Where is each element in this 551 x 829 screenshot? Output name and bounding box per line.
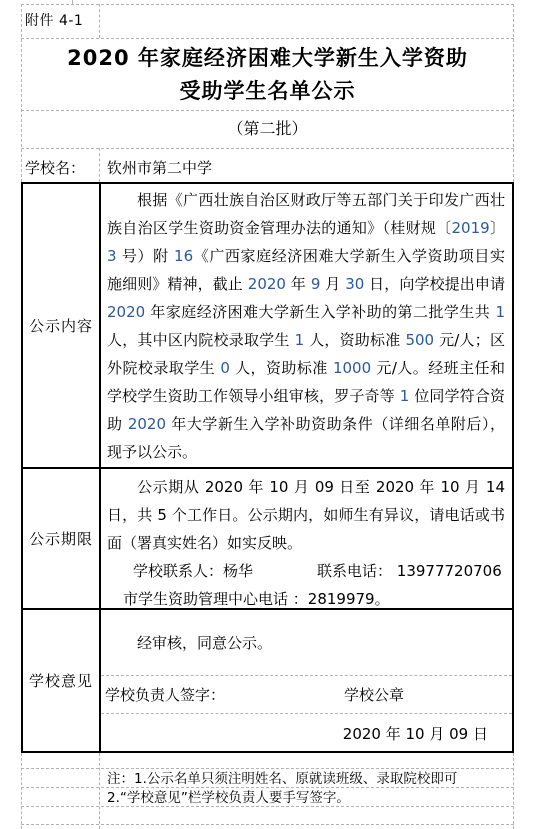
gridline-horizontal — [101, 713, 512, 714]
gridline-horizontal — [21, 110, 514, 111]
period-row-label: 公示期限 — [23, 469, 101, 608]
contact-person: 学校联系人：杨华 — [133, 562, 253, 580]
gridline-horizontal — [21, 148, 514, 149]
gridline-vertical — [513, 753, 514, 829]
content-row-body: 根据《广西壮族自治区财政厅等五部门关于印发广西壮族自治区学生资助资金管理办法的通… — [101, 184, 512, 467]
school-name-value: 钦州市第二中学 — [107, 157, 212, 178]
opinion-date: 2020 年 10 月 09 日 — [343, 723, 488, 744]
footnote-line1: 注：1.公示名单只须注明姓名、原就读班级、录取院校即可 — [107, 770, 457, 788]
document-title: 2020 年家庭经济困难大学新生入学资助 受助学生名单公示 — [21, 42, 514, 108]
school-name-label: 学校名： — [25, 157, 85, 178]
contact-phone: 联系电话： 13977720706 — [317, 562, 502, 580]
gridline-vertical — [99, 148, 100, 182]
notice-document-page: 附件 4-1 2020 年家庭经济困难大学新生入学资助 受助学生名单公示 （第二… — [0, 0, 551, 829]
gridline-vertical — [21, 753, 22, 829]
aid-center-phone: 市学生资助管理中心电话 ：2819979。 — [107, 585, 505, 608]
opinion-row-body: 经审核，同意公示。 学校负责人签字： 学校公章 2020 年 10 月 09 日 — [101, 610, 512, 751]
document-title-line2: 受助学生名单公示 — [21, 75, 514, 108]
opinion-row-label: 学校意见 — [23, 610, 101, 751]
gridline-horizontal — [21, 768, 514, 769]
gridline-horizontal — [21, 4, 514, 5]
signature-label: 学校负责人签字： — [105, 684, 225, 705]
period-row-body: 公示期从 2020 年 10 月 09 日至 2020 年 10 月 14 日，… — [101, 469, 512, 608]
gridline-horizontal — [101, 675, 512, 676]
content-row-label: 公示内容 — [23, 184, 101, 467]
approval-text: 经审核，同意公示。 — [137, 632, 272, 653]
gridline-horizontal — [21, 38, 514, 39]
contact-line: 学校联系人：杨华联系电话： 13977720706 — [107, 557, 505, 585]
table-row-period: 公示期限 公示期从 2020 年 10 月 09 日至 2020 年 10 月 … — [23, 467, 512, 608]
gridline-horizontal — [21, 824, 514, 825]
gridline-vertical — [99, 4, 100, 38]
attachment-label: 附件 4-1 — [25, 10, 83, 30]
official-seal-label: 学校公章 — [344, 684, 404, 705]
table-row-content: 公示内容 根据《广西壮族自治区财政厅等五部门关于印发广西壮族自治区学生资助资金管… — [23, 184, 512, 467]
table-row-opinion: 学校意见 经审核，同意公示。 学校负责人签字： 学校公章 2020 年 10 月… — [23, 608, 512, 751]
gridline-vertical — [72, 0, 73, 4]
document-title-line1: 2020 年家庭经济困难大学新生入学资助 — [21, 42, 514, 75]
gridline-vertical — [99, 753, 100, 829]
notice-content-paragraph: 根据《广西壮族自治区财政厅等五部门关于印发广西壮族自治区学生资助资金管理办法的通… — [107, 186, 505, 466]
batch-subtitle: （第二批） — [21, 116, 514, 139]
notice-table: 公示内容 根据《广西壮族自治区财政厅等五部门关于印发广西壮族自治区学生资助资金管… — [21, 182, 514, 753]
period-paragraph: 公示期从 2020 年 10 月 09 日至 2020 年 10 月 14 日，… — [107, 473, 505, 557]
footnote-line2: 2.“学校意见”栏学校负责人要手写签字。 — [107, 789, 350, 807]
